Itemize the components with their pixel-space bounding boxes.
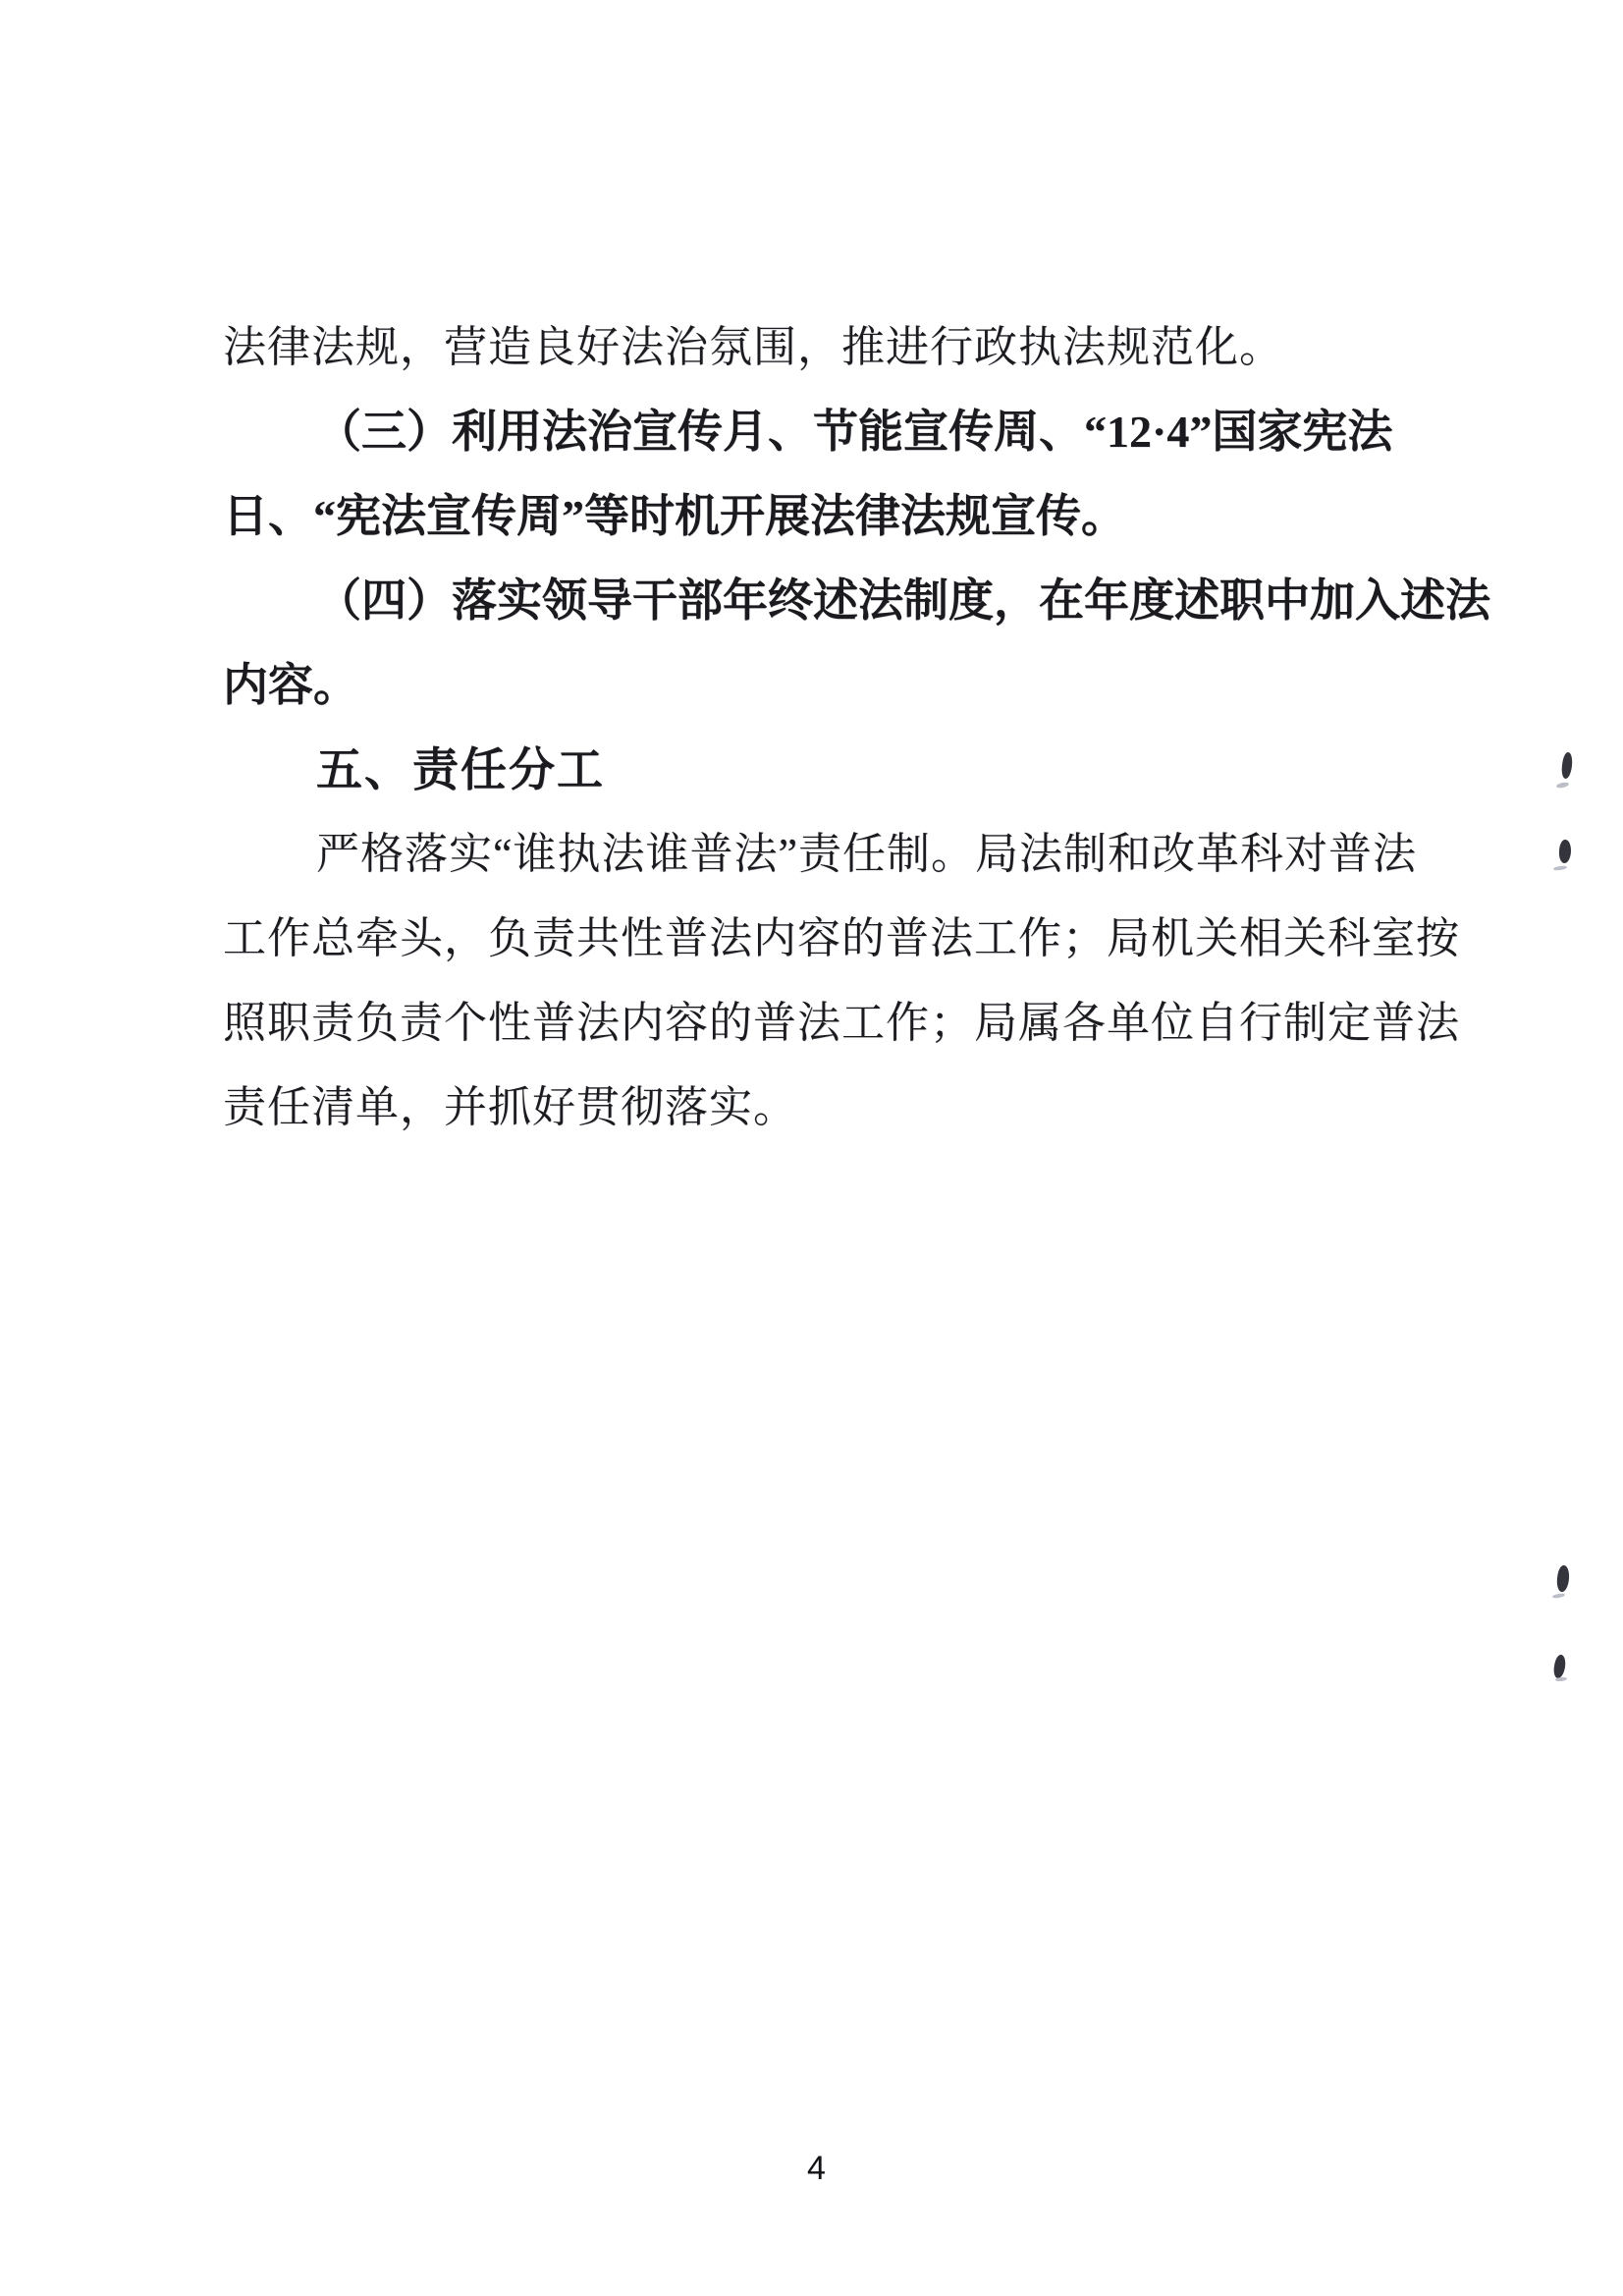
scan-speck — [1552, 1593, 1565, 1599]
paragraph-line: 责任清单，并抓好贯彻落实。 — [0, 1066, 1623, 1150]
scan-speck — [1556, 1564, 1571, 1592]
page-number: 4 — [0, 2149, 1623, 2188]
paragraph-line: 照职责负责个性普法内容的普法工作；局属各单位自行制定普法 — [0, 981, 1623, 1066]
item-3-line: （三）利用法治宣传月、节能宣传周、“12·4”国家宪法 — [0, 390, 1623, 474]
scan-speck — [1552, 1654, 1567, 1679]
document-text-block: 法律法规，营造良好法治氛围，推进行政执法规范化。 （三）利用法治宣传月、节能宣传… — [0, 305, 1623, 1150]
item-4-line: 内容。 — [0, 643, 1623, 728]
paragraph-line: 工作总牵头，负责共性普法内容的普法工作；局机关相关科室按 — [0, 897, 1623, 981]
item-4-line: （四）落实领导干部年终述法制度，在年度述职中加入述法 — [0, 559, 1623, 643]
scanned-document-page: 法律法规，营造良好法治氛围，推进行政执法规范化。 （三）利用法治宣传月、节能宣传… — [0, 0, 1623, 2296]
item-3-line: 日、“宪法宣传周”等时机开展法律法规宣传。 — [0, 474, 1623, 559]
paragraph-line: 严格落实“谁执法谁普法”责任制。局法制和改革科对普法 — [0, 812, 1623, 897]
section-5-heading: 五、责任分工 — [0, 728, 1623, 812]
scan-speck — [1555, 1676, 1567, 1681]
paragraph-line: 法律法规，营造良好法治氛围，推进行政执法规范化。 — [0, 305, 1623, 390]
